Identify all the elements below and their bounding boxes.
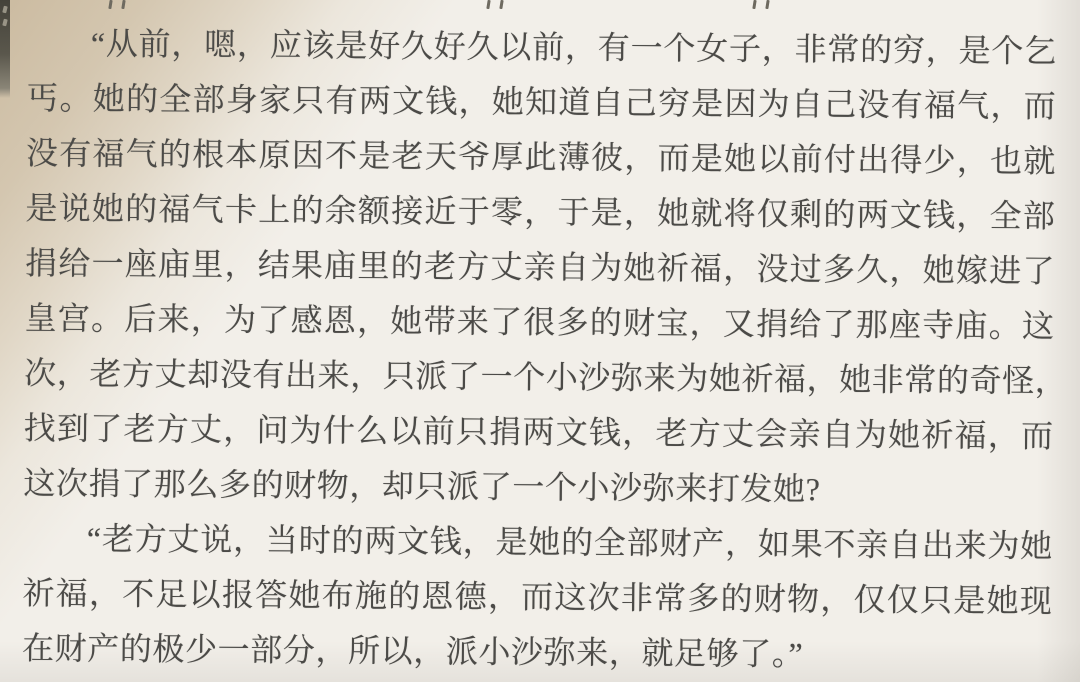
text-line: 祈福，不足以报答她布施的恩德，而这次非常多的财物，仅仅只是她现 bbox=[22, 566, 1052, 629]
text-line: “从前，嗯，应该是好久好久以前，有一个女子，非常的穷，是个乞 bbox=[27, 16, 1057, 79]
text-line: 丐。她的全部身家只有两文钱，她知道自己穷是因为自己没有福气，而 bbox=[26, 71, 1056, 134]
text-line: 找到了老方丈，问为什么以前只捐两文钱，老方丈会亲自为她祈福，而 bbox=[24, 401, 1054, 464]
book-page-photo: “从前，嗯，应该是好久好久以前，有一个女子，非常的穷，是个乞 丐。她的全部身家只… bbox=[0, 0, 1080, 682]
text-line: 皇宫。后来，为了感恩，她带来了很多的财宝，又捐给了那座寺庙。这 bbox=[24, 291, 1054, 354]
text-line: 在财产的极少一部分，所以，派小沙弥来，就足够了。” bbox=[22, 621, 1052, 682]
text-line: 捐给一座庙里，结果庙里的老方丈亲自为她祈福，没过多久，她嫁进了 bbox=[25, 236, 1055, 299]
text-line: 是说她的福气卡上的余额接近于零，于是，她就将仅剩的两文钱，全部 bbox=[25, 181, 1055, 244]
cropped-text-fragment bbox=[482, 0, 522, 10]
page-text: “从前，嗯，应该是好久好久以前，有一个女子，非常的穷，是个乞 丐。她的全部身家只… bbox=[22, 16, 1057, 682]
text-line: 没有福气的根本原因不是老天爷厚此薄彼，而是她以前付出得少，也就 bbox=[26, 126, 1056, 189]
text-line: “老方丈说，当时的两文钱，是她的全部财产，如果不亲自出来为她 bbox=[23, 511, 1053, 574]
cropped-text-fragment bbox=[104, 0, 138, 10]
book-edge-strip bbox=[0, 0, 10, 98]
cropped-text-fragment bbox=[748, 0, 782, 10]
text-line: 次，老方丈却没有出来，只派了一个小沙弥来为她祈福，她非常的奇怪， bbox=[24, 346, 1054, 409]
text-line: 这次捐了那么多的财物，却只派了一个小沙弥来打发她? bbox=[23, 456, 1053, 519]
